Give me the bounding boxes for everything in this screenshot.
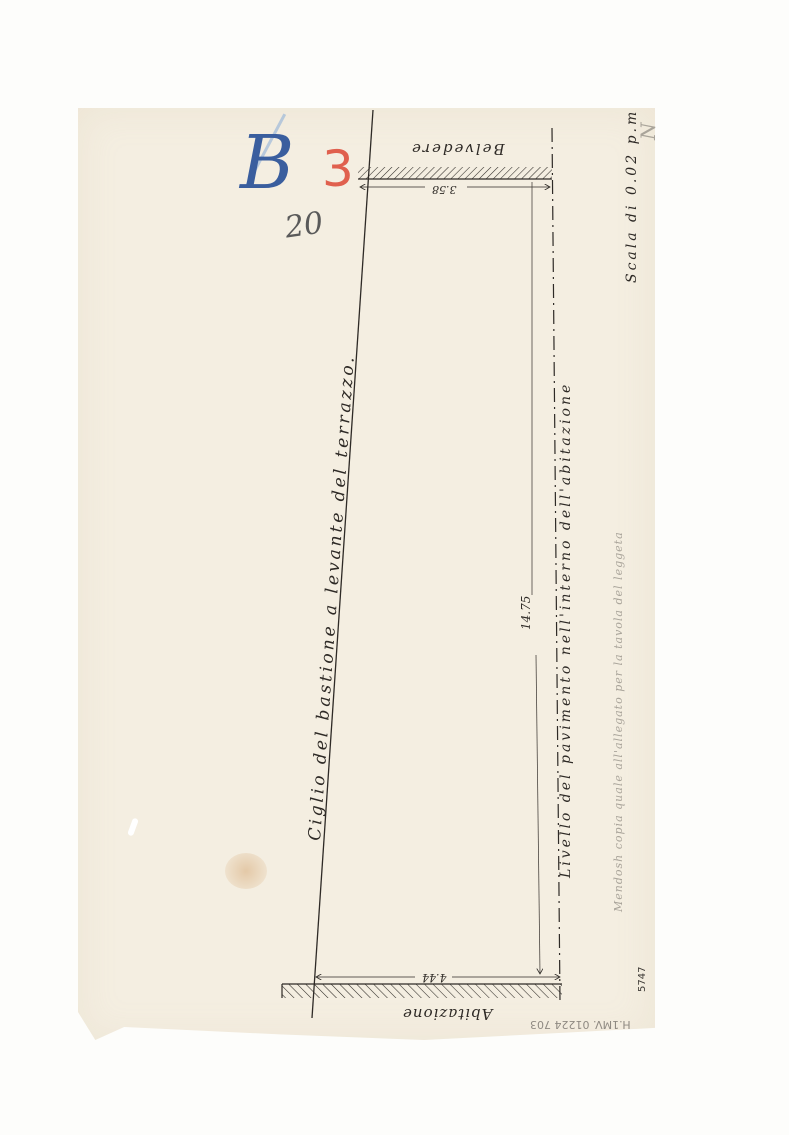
bottom-hatched-bar [282,984,562,998]
inventory-stamp: H.1MV. 01224 703 [530,1018,631,1031]
corner-mark: N [636,123,660,141]
bottom-width-dimension: 4.44 [422,971,447,984]
floor-level-label: Livello del pavimento nell'interno dell'… [558,382,574,878]
top-hatched-bar [358,167,552,179]
belvedere-label: Belvedere [410,140,505,158]
top-width-dimension: 3.58 [432,183,457,196]
section-drawing [0,0,789,1135]
pencil-note: Mendosh copia quale all'allegato per la … [612,531,625,912]
height-dimension: 14.75 [519,596,533,630]
abitazione-label: Abitazione [402,1005,492,1023]
catalogue-number: 5747 [637,967,648,992]
